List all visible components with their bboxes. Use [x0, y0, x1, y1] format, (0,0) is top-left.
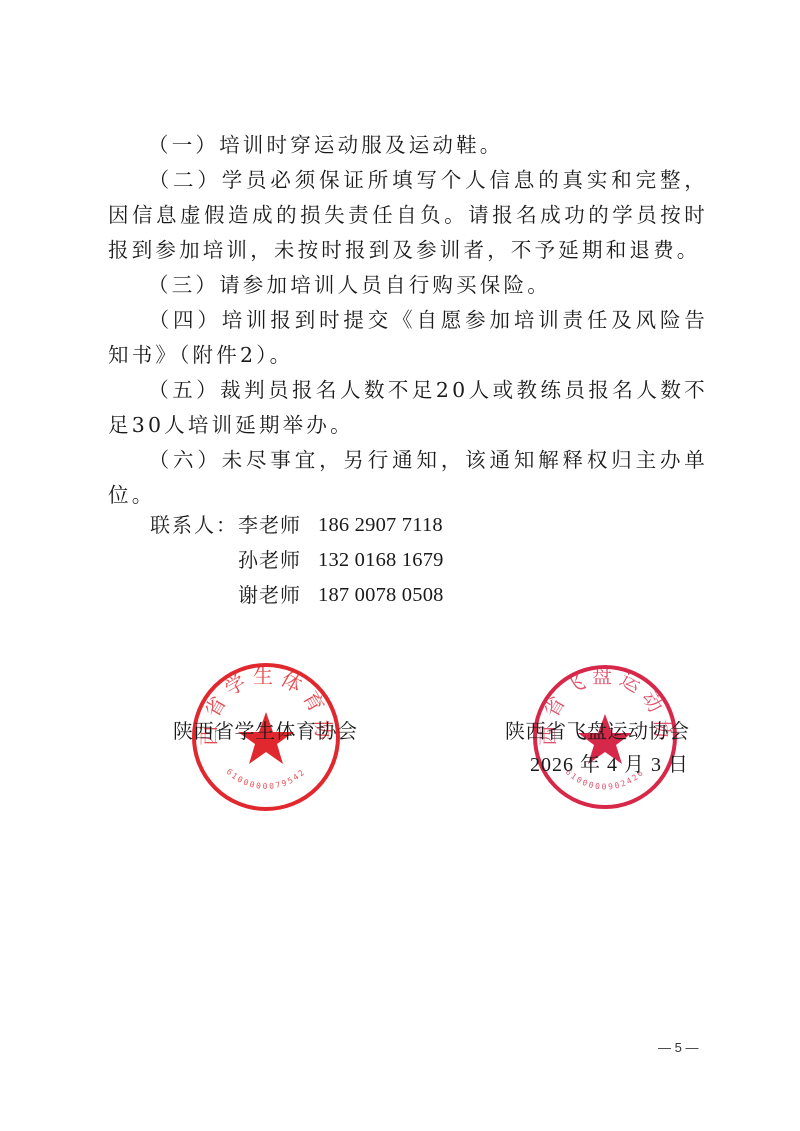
item-6-text: （六）未尽事宜，另行通知，该通知解释权归主办单位。	[108, 448, 708, 507]
contact-name: 谢老师	[238, 578, 318, 613]
seal-1-code: 6100000079542	[225, 767, 308, 791]
signature-date: 2026 年 4 月 3 日	[530, 748, 689, 777]
item-4: （四）培训报到时提交《自愿参加培训责任及风险告知书》（附件2）。	[108, 303, 708, 373]
item-3: （三）请参加培训人员自行购买保险。	[108, 268, 708, 303]
contact-phone: 187 0078 0508	[318, 578, 444, 613]
item-1-text: （一）培训时穿运动服及运动鞋。	[148, 133, 504, 157]
signature-org-1: 陕西省学生体育协会	[173, 715, 358, 744]
contact-row: 孙老师 132 0168 1679	[150, 543, 444, 578]
document-page: （一）培训时穿运动服及运动鞋。 （二）学员必须保证所填写个人信息的真实和完整，因…	[0, 0, 800, 1131]
item-5-text: （五）裁判员报名人数不足20人或教练员报名人数不足30人培训延期举办。	[108, 378, 708, 437]
contact-block: 联系人： 李老师 186 2907 7118 孙老师 132 0168 1679…	[150, 508, 444, 613]
item-3-text: （三）请参加培训人员自行购买保险。	[148, 273, 551, 297]
item-6: （六）未尽事宜，另行通知，该通知解释权归主办单位。	[108, 443, 708, 513]
item-4-text: （四）培训报到时提交《自愿参加培训责任及风险告知书》（附件2）。	[108, 308, 708, 367]
contact-label: 联系人：	[150, 508, 238, 543]
item-5: （五）裁判员报名人数不足20人或教练员报名人数不足30人培训延期举办。	[108, 373, 708, 443]
contact-row: 谢老师 187 0078 0508	[150, 578, 444, 613]
contact-phone: 132 0168 1679	[318, 543, 444, 578]
contact-phone: 186 2907 7118	[318, 508, 443, 543]
contact-row: 联系人： 李老师 186 2907 7118	[150, 508, 444, 543]
item-2-text: （二）学员必须保证所填写个人信息的真实和完整，因信息虚假造成的损失责任自负。请报…	[108, 168, 708, 262]
contact-name: 孙老师	[238, 543, 318, 578]
item-2: （二）学员必须保证所填写个人信息的真实和完整，因信息虚假造成的损失责任自负。请报…	[108, 163, 708, 268]
page-number: — 5 —	[658, 1040, 698, 1055]
signature-org-2: 陕西省飞盘运动协会	[505, 715, 690, 744]
contact-name: 李老师	[238, 508, 318, 543]
svg-text:6100000079542: 6100000079542	[225, 767, 308, 791]
item-1: （一）培训时穿运动服及运动鞋。	[108, 128, 708, 163]
